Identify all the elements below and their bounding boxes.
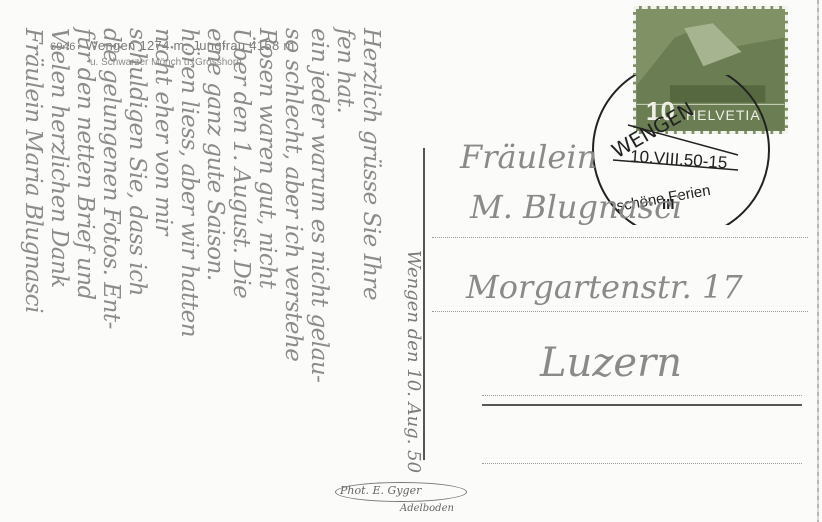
address-underline: [482, 404, 802, 406]
message-line: Rosen waren gut, nicht: [254, 28, 280, 288]
message-line: die gelungenen Fotos. Ent-: [98, 28, 124, 329]
address-rule: [432, 237, 808, 238]
address-rule: [432, 311, 808, 312]
handwritten-message: Fräulein Maria Blugnasci Vielen herzlich…: [10, 28, 410, 522]
address-line-3: Morgartenstr. 17: [466, 268, 743, 306]
address-line-4: Luzern: [540, 340, 682, 386]
dateline: Wengen den 10. Aug. 50: [403, 250, 424, 473]
message-line: Fräulein Maria Blugnasci: [20, 28, 46, 313]
address-line-2: M. Blugnasci: [470, 188, 682, 226]
address-rule: [482, 463, 802, 464]
message-line: eine ganz gute Saison.: [202, 28, 228, 281]
message-line: ein jeder warum es nicht gelau-: [306, 28, 332, 382]
message-line: hören liess, aber wir hatten: [176, 28, 202, 337]
photographer-name: Phot. E. Gyger: [340, 484, 421, 497]
message-line: nicht eher von mir: [150, 28, 176, 235]
message-line: Über den 1. August. Die: [228, 28, 254, 298]
message-line: Herzlich grüsse Sie Ihre: [358, 28, 384, 300]
message-line: so schlecht, aber ich verstehe: [280, 28, 306, 361]
message-line: für den netten Brief und: [72, 28, 98, 300]
message-line: Vielen herzlichen Dank: [46, 28, 72, 288]
address-line-1: Fräulein: [460, 138, 597, 176]
message-line: fen hat.: [332, 28, 358, 113]
address-rule: [482, 395, 802, 396]
perforated-edge: [817, 0, 819, 522]
message-line: schuldigen Sie, dass ich: [124, 28, 150, 296]
postcard-back: 6946 Wengen 1274 m. Jungfrau 4158 m u. S…: [0, 0, 822, 522]
photographer-place: Adelboden: [400, 503, 454, 514]
